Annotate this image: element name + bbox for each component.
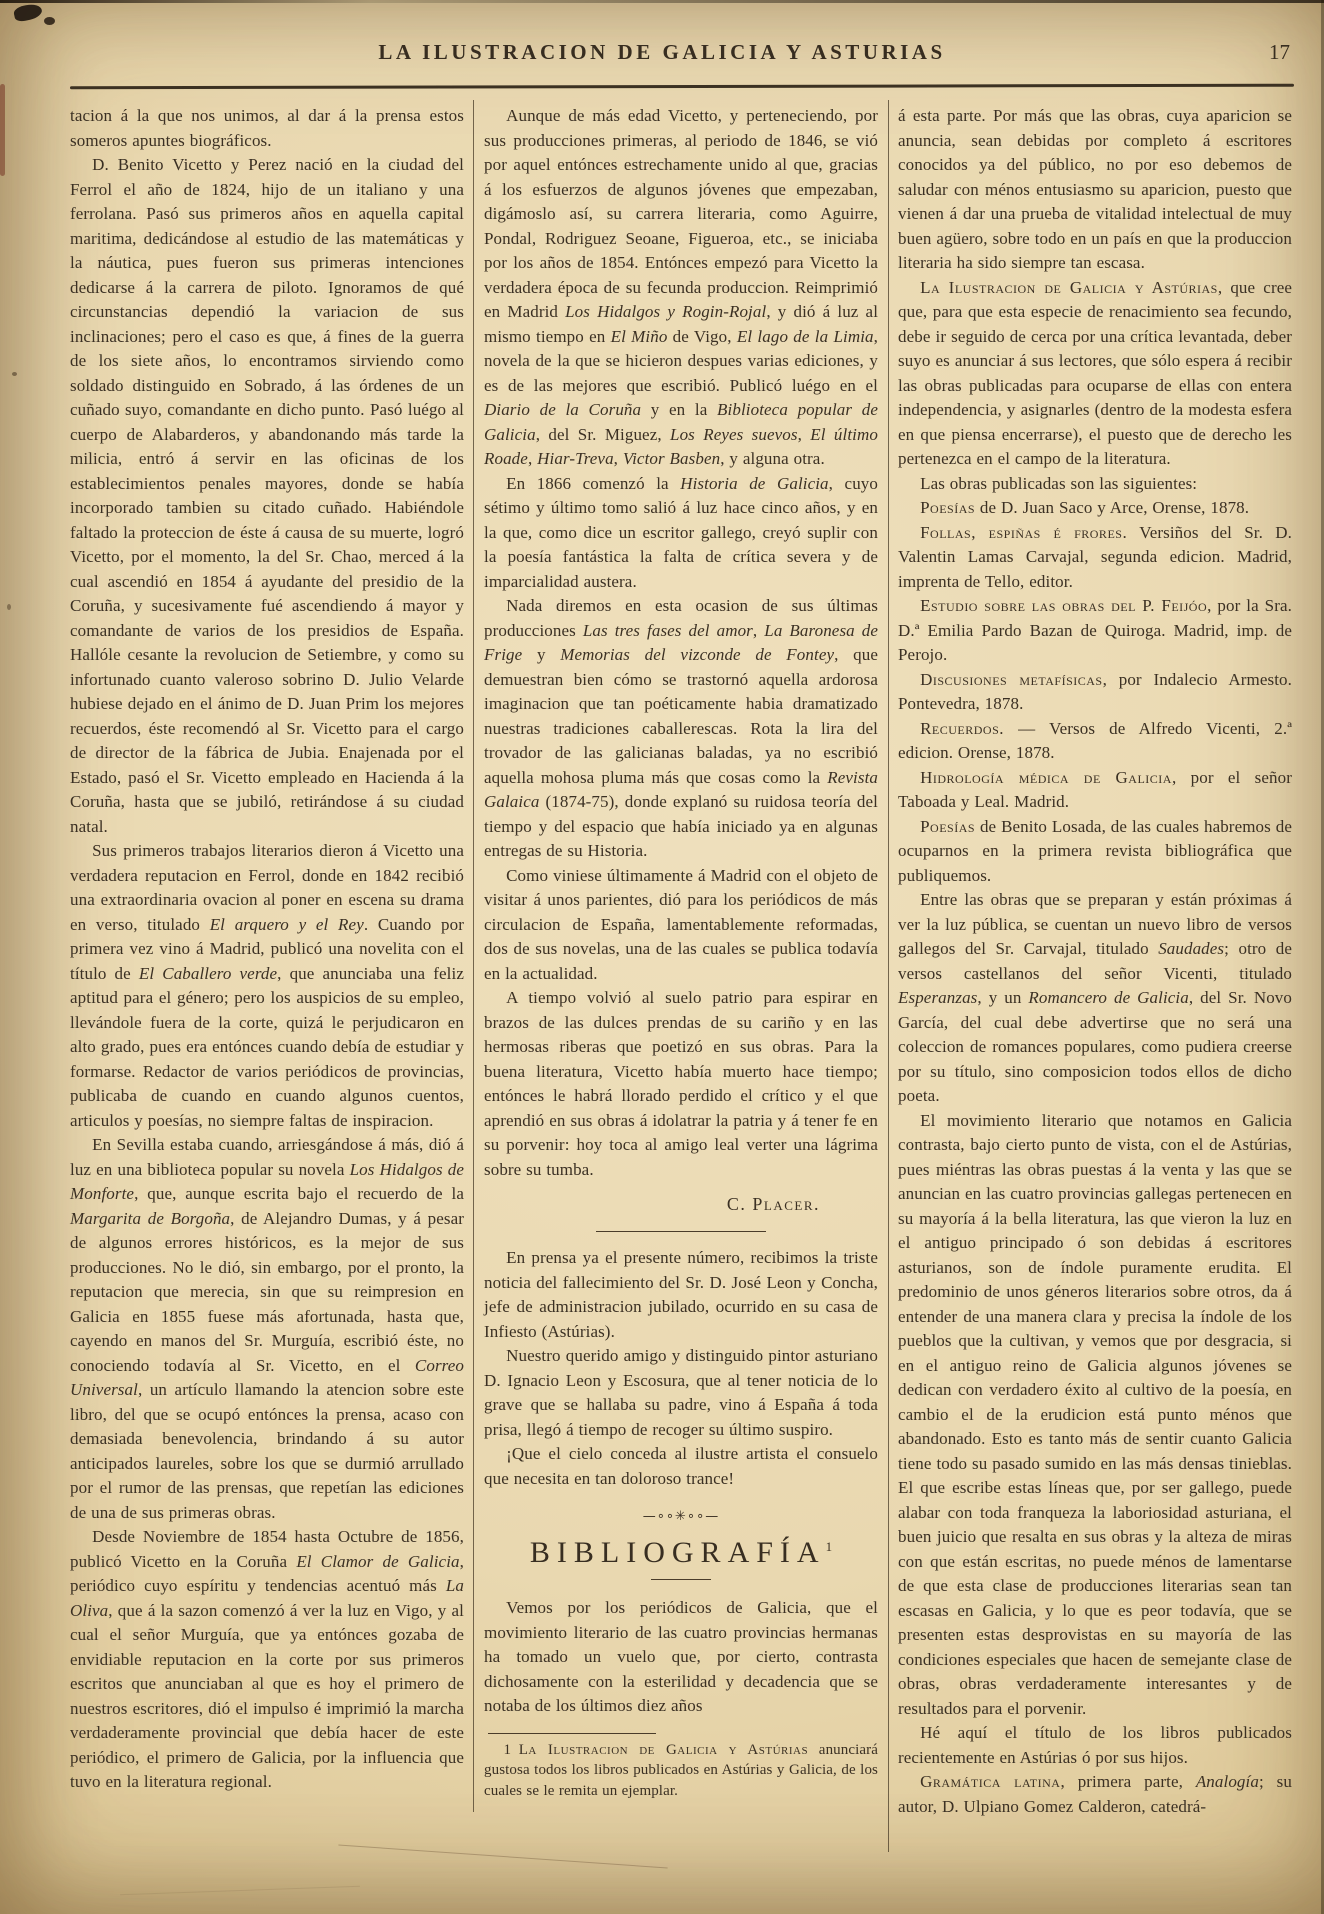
- paragraph: En 1866 comenzó la Historia de Galicia, …: [484, 472, 878, 595]
- paragraph: Estudio sobre las obras del P. Feijóo, p…: [898, 594, 1292, 668]
- paragraph: La Ilustracion de Galicia y Astúrias, qu…: [898, 276, 1292, 472]
- paragraph: Sus primeros trabajos literarios dieron …: [70, 839, 464, 1133]
- paragraph: Como viniese últimamente á Madrid con el…: [484, 864, 878, 987]
- paragraph: Entre las obras que se preparan y están …: [898, 888, 1292, 1109]
- paragraph: Hidrología médica de Galicia, por el señ…: [898, 766, 1292, 815]
- paragraph: Nada diremos en esta ocasion de sus últi…: [484, 594, 878, 864]
- paragraph: En prensa ya el presente número, recibim…: [484, 1246, 878, 1344]
- column-2: Aunque de más edad Vicetto, y pertenecie…: [484, 104, 878, 1819]
- paragraph: Nuestro querido amigo y distinguido pint…: [484, 1344, 878, 1442]
- paragraph: El movimiento literario que notamos en G…: [898, 1109, 1292, 1722]
- paragraph: Vemos por los periódicos de Galicia, que…: [484, 1596, 878, 1719]
- scan-artifact-scratch: [338, 1844, 667, 1868]
- section-divider-ornament: —∘∘✳∘∘—: [484, 1509, 878, 1524]
- scan-artifact-scratch: [120, 1886, 360, 1895]
- paragraph: Recuerdos. — Versos de Alfredo Vicenti, …: [898, 717, 1292, 766]
- paragraph: En Sevilla estaba cuando, arriesgándose …: [70, 1133, 464, 1525]
- header-rule: [70, 84, 1294, 90]
- scan-artifact-red-streak: [0, 84, 5, 176]
- page-number: 17: [1269, 40, 1290, 65]
- paragraph: Poesías de D. Juan Saco y Arce, Orense, …: [898, 496, 1292, 521]
- paragraph: Aunque de más edad Vicetto, y pertenecie…: [484, 104, 878, 472]
- section-divider-rule: [596, 1231, 766, 1232]
- section-heading-bibliografia: BIBLIOGRAFÍA1: [484, 1536, 878, 1570]
- column-3: á esta parte. Por más que las obras, cuy…: [898, 104, 1292, 1819]
- page-content: tacion á la que nos unimos, al dar á la …: [70, 104, 1292, 1819]
- paragraph: Poesías de Benito Losada, de las cuales …: [898, 815, 1292, 889]
- paragraph: ¡Que el cielo conceda al ilustre artista…: [484, 1442, 878, 1491]
- paragraph: D. Benito Vicetto y Perez nació en la ci…: [70, 153, 464, 839]
- paragraph: Las obras publicadas son las siguientes:: [898, 472, 1292, 497]
- masthead-title: LA ILUSTRACION DE GALICIA Y ASTURIAS: [0, 40, 1324, 65]
- paragraph: tacion á la que nos unimos, al dar á la …: [70, 104, 464, 153]
- paragraph: Hé aquí el título de los libros publicad…: [898, 1721, 1292, 1770]
- paragraph: Desde Noviembre de 1854 hasta Octubre de…: [70, 1525, 464, 1795]
- footnote: 1 La Ilustracion de Galicia y Astúrias a…: [484, 1740, 878, 1802]
- scan-artifact-top-edge: [0, 0, 1324, 3]
- paragraph: Gramática latina, primera parte, Analogí…: [898, 1770, 1292, 1819]
- paragraph: A tiempo volvió al suelo patrio para esp…: [484, 986, 878, 1182]
- paragraph: á esta parte. Por más que las obras, cuy…: [898, 104, 1292, 276]
- scan-artifact-ink-blob: [13, 2, 44, 22]
- column-1: tacion á la que nos unimos, al dar á la …: [70, 104, 464, 1819]
- scan-artifact-speck: [12, 372, 17, 376]
- paragraph: Follas, espiñas é frores. Versiños del S…: [898, 521, 1292, 595]
- scan-artifact-speck: [7, 604, 11, 610]
- paragraph: Discusiones metafísicas, por Indalecio A…: [898, 668, 1292, 717]
- author-signature: C. Placer.: [484, 1194, 878, 1215]
- footnote-rule: [488, 1733, 656, 1734]
- scan-artifact-ink-blob: [44, 17, 55, 25]
- heading-underline-rule: [651, 1579, 711, 1580]
- scanned-page: LA ILUSTRACION DE GALICIA Y ASTURIAS 17 …: [0, 0, 1324, 1914]
